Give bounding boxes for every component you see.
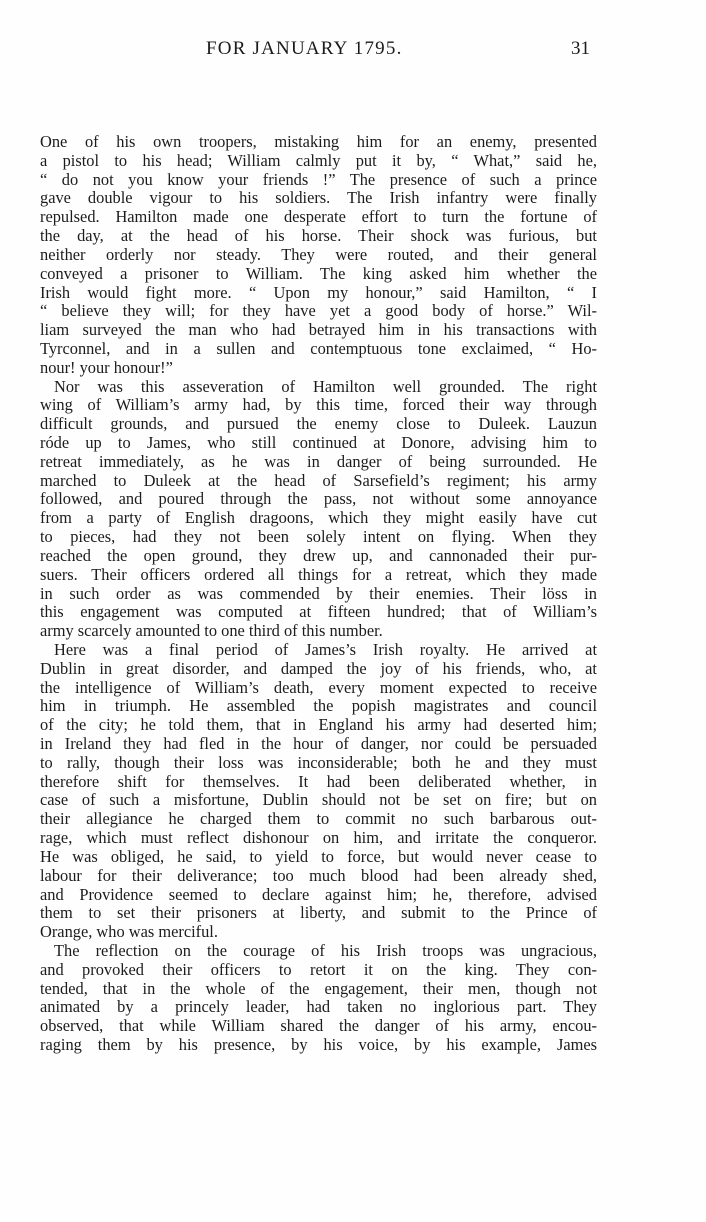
text-line: of the city; he told them, that in Engla… bbox=[40, 716, 597, 735]
text-line: rage, which must reflect dishonour on hi… bbox=[40, 829, 597, 848]
text-line: nour! your honour!” bbox=[40, 359, 597, 378]
text-line: reached the open ground, they drew up, a… bbox=[40, 547, 597, 566]
text-line: Irish would fight more. “ Upon my honour… bbox=[40, 284, 597, 303]
text-line: gave double vigour to his soldiers. The … bbox=[40, 189, 597, 208]
text-line: raging them by his presence, by his voic… bbox=[40, 1036, 597, 1055]
text-line: a pistol to his head; William calmly put… bbox=[40, 152, 597, 171]
text-line: repulsed. Hamilton made one desperate ef… bbox=[40, 208, 597, 227]
text-line: the intelligence of William’s death, eve… bbox=[40, 679, 597, 698]
text-line: followed, and poured through the pass, n… bbox=[40, 490, 597, 509]
text-line: róde up to James, who still continued at… bbox=[40, 434, 597, 453]
text-line: their allegiance he charged them to comm… bbox=[40, 810, 597, 829]
text-line: suers. Their officers ordered all things… bbox=[40, 566, 597, 585]
text-line: retreat immediately, as he was in danger… bbox=[40, 453, 597, 472]
text-line: to pieces, had they not been solely inte… bbox=[40, 528, 597, 547]
text-line: Orange, who was merciful. bbox=[40, 923, 597, 942]
text-line: difficult grounds, and pursued the enemy… bbox=[40, 415, 597, 434]
page-header: FOR JANUARY 1795. 31 bbox=[0, 38, 706, 62]
text-line: therefore shift for themselves. It had b… bbox=[40, 773, 597, 792]
text-line: this engagement was computed at fifteen … bbox=[40, 603, 597, 622]
text-line: army scarcely amounted to one third of t… bbox=[40, 622, 597, 641]
text-line: him in triumph. He assembled the popish … bbox=[40, 697, 597, 716]
text-line: “ do not you know your friends !” The pr… bbox=[40, 171, 597, 190]
text-line: One of his own troopers, mistaking him f… bbox=[40, 133, 597, 152]
text-line: Here was a final period of James’s Irish… bbox=[40, 641, 597, 660]
text-line: animated by a princely leader, had taken… bbox=[40, 998, 597, 1017]
text-line: Dublin in great disorder, and damped the… bbox=[40, 660, 597, 679]
text-line: conveyed a prisoner to William. The king… bbox=[40, 265, 597, 284]
text-line: liam surveyed the man who had betrayed h… bbox=[40, 321, 597, 340]
text-line: He was obliged, he said, to yield to for… bbox=[40, 848, 597, 867]
body-text: One of his own troopers, mistaking him f… bbox=[40, 133, 597, 1055]
text-line: to rally, though their loss was inconsid… bbox=[40, 754, 597, 773]
text-line: from a party of English dragoons, which … bbox=[40, 509, 597, 528]
text-line: tended, that in the whole of the engagem… bbox=[40, 980, 597, 999]
document-page: FOR JANUARY 1795. 31 One of his own troo… bbox=[0, 0, 706, 1222]
text-line: Tyrconnel, and in a sullen and contemptu… bbox=[40, 340, 597, 359]
text-line: wing of William’s army had, by this time… bbox=[40, 396, 597, 415]
running-head: FOR JANUARY 1795. bbox=[206, 38, 403, 60]
text-line: and provoked their officers to retort it… bbox=[40, 961, 597, 980]
text-line: case of such a misfortune, Dublin should… bbox=[40, 791, 597, 810]
text-line: in Ireland they had fled in the hour of … bbox=[40, 735, 597, 754]
text-line: marched to Duleek at the head of Sarsefi… bbox=[40, 472, 597, 491]
text-line: Nor was this asseveration of Hamilton we… bbox=[40, 378, 597, 397]
text-line: and Providence seemed to declare against… bbox=[40, 886, 597, 905]
text-line: labour for their deliverance; too much b… bbox=[40, 867, 597, 886]
page-number: 31 bbox=[571, 38, 590, 60]
text-line: the day, at the head of his horse. Their… bbox=[40, 227, 597, 246]
text-line: observed, that while William shared the … bbox=[40, 1017, 597, 1036]
text-line: “ believe they will; for they have yet a… bbox=[40, 302, 597, 321]
text-line: in such order as was commended by their … bbox=[40, 585, 597, 604]
text-line: them to set their prisoners at liberty, … bbox=[40, 904, 597, 923]
text-line: neither orderly nor steady. They were ro… bbox=[40, 246, 597, 265]
text-line: The reflection on the courage of his Iri… bbox=[40, 942, 597, 961]
